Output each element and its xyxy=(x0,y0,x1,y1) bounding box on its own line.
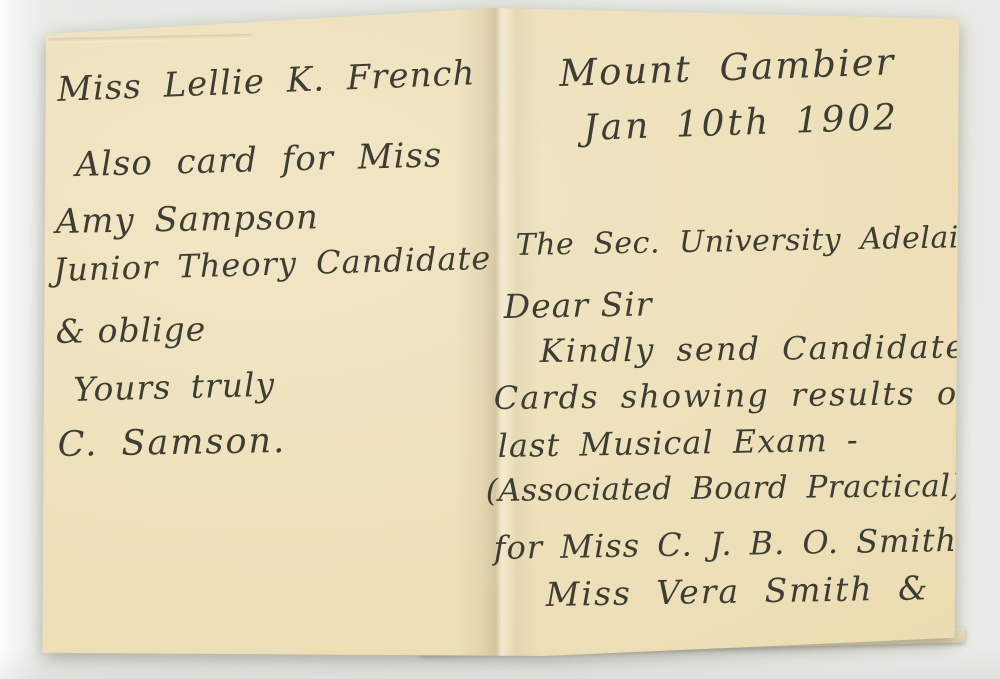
letter-paper: Miss Lellie K. French Also card for Miss… xyxy=(34,6,962,658)
handwriting-line: Kindly send Candidates xyxy=(540,327,985,370)
handwriting-line: (Associated Board Practical) xyxy=(486,468,964,509)
handwriting-line: Junior Theory Candidate xyxy=(53,239,492,289)
handwriting-line: for Miss C. J. B. O. Smith xyxy=(493,521,957,567)
scan-background: Miss Lellie K. French Also card for Miss… xyxy=(0,0,1000,679)
handwriting-line: Miss Vera Smith & xyxy=(545,568,929,614)
top-left-crease xyxy=(48,34,252,43)
handwriting-line: Also card for Miss xyxy=(75,135,443,185)
handwriting-line: The Sec. University Adelaide xyxy=(515,220,997,263)
handwriting-line: C. Samson. xyxy=(57,421,286,465)
handwriting-line: Jan 10th 1902 xyxy=(583,97,900,149)
handwriting-line: Miss Lellie K. French xyxy=(56,53,476,110)
handwriting-line: Dear Sir xyxy=(503,284,653,326)
handwriting-line: Cards showing results of xyxy=(494,374,973,417)
handwriting-line: last Musical Exam - xyxy=(497,421,859,465)
handwriting-line: & oblige xyxy=(55,309,206,351)
handwriting-line: Yours truly xyxy=(73,365,276,409)
letter-paper-shadow: Miss Lellie K. French Also card for Miss… xyxy=(34,6,962,658)
handwriting-line: Amy Sampson xyxy=(55,197,319,242)
handwriting-line: Mount Gambier xyxy=(558,40,896,95)
